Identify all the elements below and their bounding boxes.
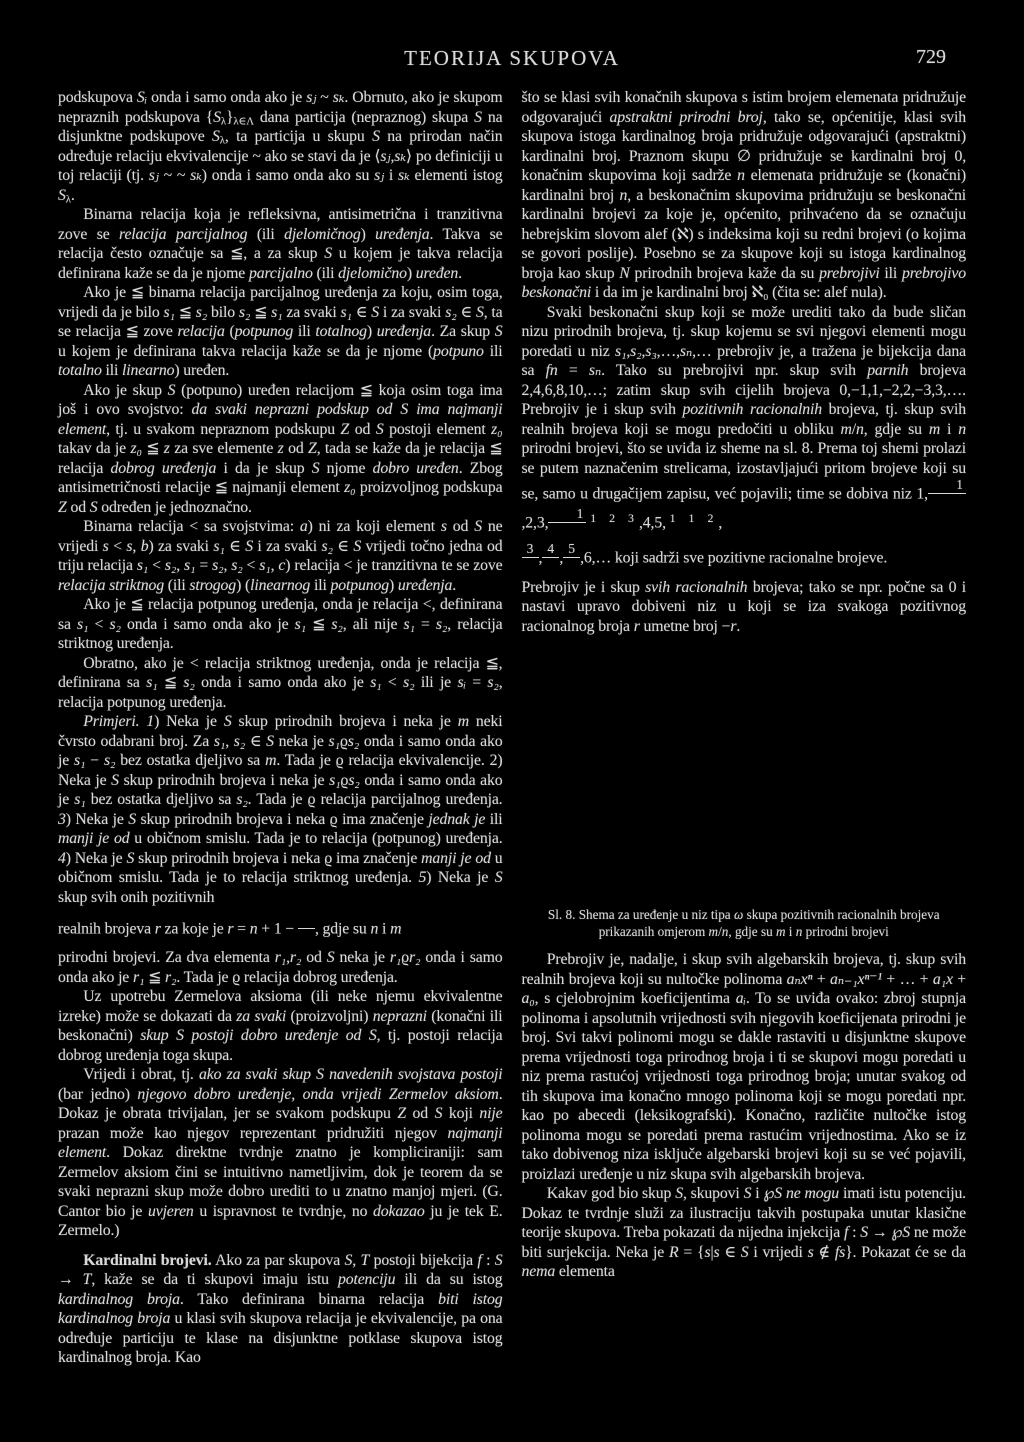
paragraph: realnih brojeva r za koje je r = n + 1 −… xyxy=(58,913,503,942)
paragraph: Ako je skup S (potpuno) uređen relacijom… xyxy=(58,381,503,518)
paragraph: Prebrojiv je i skup svih racionalnih bro… xyxy=(522,578,967,637)
paragraph: Binarna relacija < sa svojstvima: a) ni … xyxy=(58,517,503,595)
page-number: 729 xyxy=(916,46,946,69)
figure-8-caption: Sl. 8. Shema za uređenje u niz tipa ω sk… xyxy=(540,906,948,940)
paragraph: Uz upotrebu Zermelova aksioma (ili neke … xyxy=(58,987,503,1065)
right-column-bottom: Prebrojiv je, nadalje, i skup svih algeb… xyxy=(522,950,967,1282)
paragraph: 3 ,4 ,5 ,6,… koji sadrži sve pozitivne r… xyxy=(522,542,967,571)
scanned-page: TEORIJA SKUPOVA 729 podskupova Sᵢ onda i… xyxy=(0,0,1024,1442)
paragraph: Kardinalni brojevi. Ako za par skupova S… xyxy=(58,1251,503,1368)
paragraph: podskupova Sᵢ onda i samo onda ako je sⱼ… xyxy=(58,88,503,205)
two-column-text: podskupova Sᵢ onda i samo onda ako je sⱼ… xyxy=(58,88,966,1368)
paragraph: Prebrojiv je, nadalje, i skup svih algeb… xyxy=(522,950,967,1184)
fraction: 3 xyxy=(522,542,539,571)
fraction: 4 xyxy=(542,542,559,571)
paragraph: Svaki beskonačni skup koji se može uredi… xyxy=(522,303,967,537)
page-title: TEORIJA SKUPOVA xyxy=(58,46,966,71)
fraction: 1 xyxy=(928,478,966,507)
paragraph: Primjeri. 1) Neka je S skup prirodnih br… xyxy=(58,712,503,907)
page-header: TEORIJA SKUPOVA 729 xyxy=(58,46,966,78)
paragraph: Ako je ≦ relacija potpunog uređenja, ond… xyxy=(58,595,503,654)
paragraph: prirodni brojevi. Za dva elementa r₁,r₂ … xyxy=(58,948,503,987)
fraction: 5 xyxy=(563,542,580,571)
right-column-top: što se klasi svih konačnih skupova s ist… xyxy=(522,88,967,636)
paragraph: Ako je ≦ binarna relacija parcijalnog ur… xyxy=(58,283,503,381)
figure-8-area xyxy=(522,636,967,898)
paragraph: što se klasi svih konačnih skupova s ist… xyxy=(522,88,967,303)
right-column: što se klasi svih konačnih skupova s ist… xyxy=(522,88,967,1368)
fraction: 1 xyxy=(548,507,586,536)
fraction xyxy=(298,913,315,942)
paragraph: Binarna relacija koja je refleksivna, an… xyxy=(58,205,503,283)
paragraph: Vrijedi i obrat, tj. ako za svaki skup S… xyxy=(58,1065,503,1241)
paragraph: Kakav god bio skup S, skupovi S i ℘S ne … xyxy=(522,1184,967,1282)
left-column: podskupova Sᵢ onda i samo onda ako je sⱼ… xyxy=(58,88,503,1368)
paragraph: Obratno, ako je < relacija striktnog ure… xyxy=(58,654,503,713)
